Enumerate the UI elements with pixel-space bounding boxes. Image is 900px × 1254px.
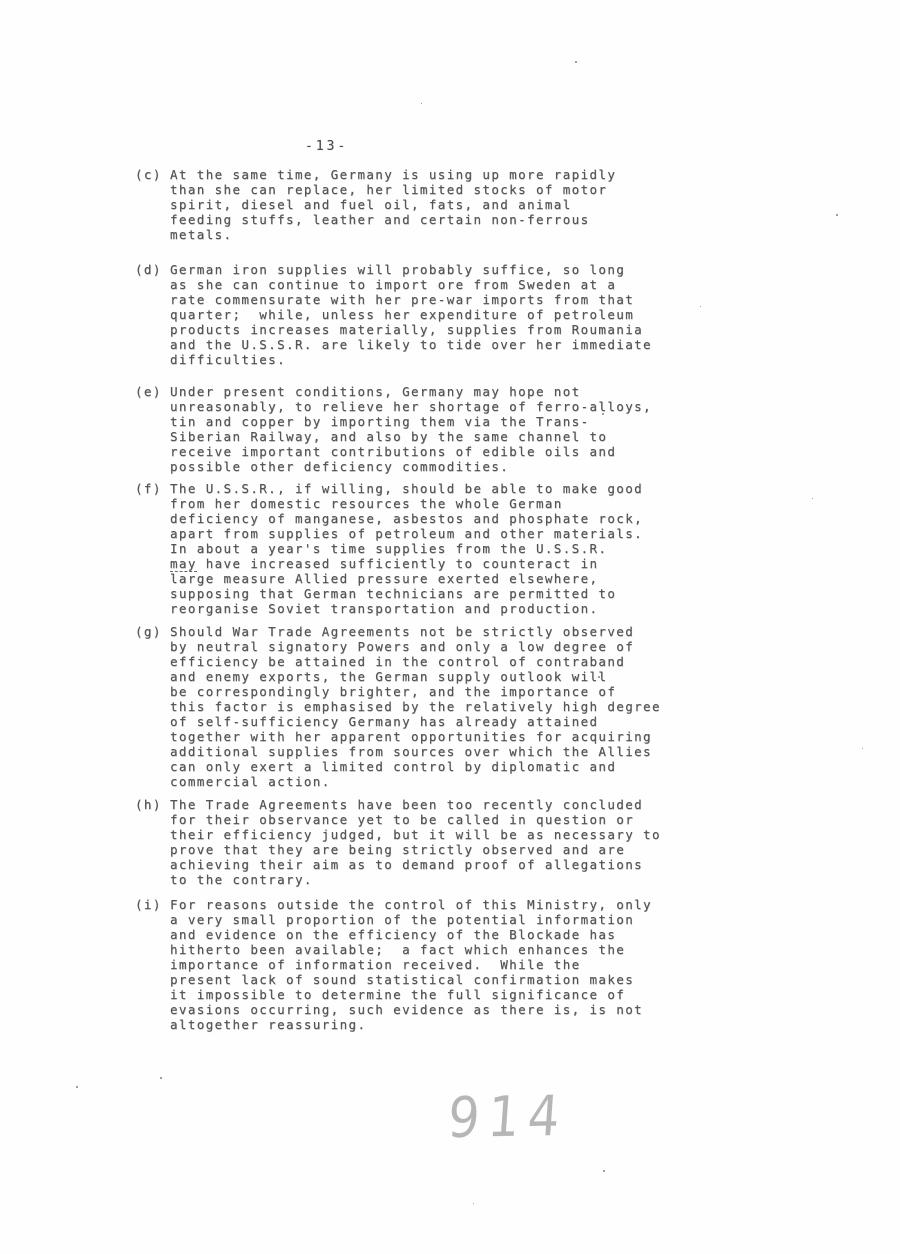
text-line: of self-sufficiency Germany has already … (170, 714, 695, 729)
text-line: by neutral signatory Powers and only a l… (170, 639, 695, 654)
text-line: for their observance yet to be called in… (170, 812, 695, 827)
text-line: importance of information received. Whil… (170, 957, 695, 972)
text-line: reorganise Soviet transportation and pro… (170, 601, 695, 616)
text-line: products increases materially, supplies … (170, 322, 695, 337)
scan-speck (160, 1077, 162, 1079)
scan-speck (575, 61, 577, 63)
text-line: Should War Trade Agreements not be stric… (170, 624, 695, 639)
paragraph-label: (d) (135, 262, 162, 277)
text-line: possible other deficiency commodities. (170, 459, 695, 474)
text-line: their efficiency judged, but it will be … (170, 827, 695, 842)
scan-speck (862, 748, 863, 749)
text-line: supposing that German technicians are pe… (170, 586, 695, 601)
page-number: -13- (305, 139, 348, 154)
paragraph-lines: German iron supplies will probably suffi… (170, 262, 695, 367)
text-line: together with her apparent opportunities… (170, 729, 695, 744)
text-line: large measure Allied pressure exerted el… (170, 571, 695, 586)
paragraph-label: (g) (135, 624, 162, 639)
text-line: than she can replace, her limited stocks… (170, 182, 695, 197)
text-line: and the U.S.S.R. are likely to tide over… (170, 337, 695, 352)
paragraph-label: (h) (135, 797, 162, 812)
scan-speck (602, 413, 604, 415)
scan-speck (598, 676, 600, 678)
text-line: feeding stuffs, leather and certain non-… (170, 212, 695, 227)
text-line: evasions occurring, such evidence as the… (170, 1002, 695, 1017)
scan-speck (585, 907, 586, 908)
text-line: Siberian Railway, and also by the same c… (170, 429, 695, 444)
text-line: spirit, diesel and fuel oil, fats, and a… (170, 197, 695, 212)
scan-speck (473, 1203, 474, 1204)
text-line: commercial action. (170, 774, 695, 789)
paragraph-lines: Under present conditions, Germany may ho… (170, 384, 695, 474)
text-line: For reasons outside the control of this … (170, 897, 695, 912)
document-page: -13- (c)At the same time, Germany is usi… (0, 0, 900, 1254)
scan-speck (836, 214, 838, 216)
paragraph-lines: For reasons outside the control of this … (170, 897, 695, 1032)
text-line: efficiency be attained in the control of… (170, 654, 695, 669)
text-line: hitherto been available; a fact which en… (170, 942, 695, 957)
text-line: rate commensurate with her pre-war impor… (170, 292, 695, 307)
text-line: altogether reassuring. (170, 1017, 695, 1032)
text-line: receive important contributions of edibl… (170, 444, 695, 459)
text-line: it impossible to determine the full sign… (170, 987, 695, 1002)
text-line: apart from supplies of petroleum and oth… (170, 526, 695, 541)
scan-speck (700, 306, 701, 307)
text-line: to the contrary. (170, 872, 695, 887)
scan-speck (603, 1170, 605, 1172)
text-line: from her domestic resources the whole Ge… (170, 496, 695, 511)
text-line: difficulties. (170, 352, 695, 367)
scan-speck (421, 103, 422, 104)
text-line: deficiency of manganese, asbestos and ph… (170, 511, 695, 526)
text-line: present lack of sound statistical confir… (170, 972, 695, 987)
text-line: In about a year's time supplies from the… (170, 541, 695, 556)
text-line: prove that they are being strictly obser… (170, 842, 695, 857)
paragraph-lines: Should War Trade Agreements not be stric… (170, 624, 695, 789)
text-line: and evidence on the efficiency of the Bl… (170, 927, 695, 942)
text-line: be correspondingly brighter, and the imp… (170, 684, 695, 699)
text-line: and enemy exports, the German supply out… (170, 669, 695, 684)
paragraph-lines: At the same time, Germany is using up mo… (170, 167, 695, 242)
text-line: this factor is emphasised by the relativ… (170, 699, 695, 714)
paragraph-label: (c) (135, 167, 162, 182)
text-line: metals. (170, 227, 695, 242)
text-line: tin and copper by importing them via the… (170, 414, 695, 429)
paragraph-label: (i) (135, 897, 162, 912)
handwritten-pencil-mark: 914 (446, 1083, 570, 1150)
text-line: additional supplies from sources over wh… (170, 744, 695, 759)
scan-speck (76, 1086, 78, 1088)
text-line: can only exert a limited control by dipl… (170, 759, 695, 774)
text-line: The Trade Agreements have been too recen… (170, 797, 695, 812)
scan-speck (812, 498, 813, 499)
text-line: The U.S.S.R., if willing, should be able… (170, 481, 695, 496)
text-line: as she can continue to import ore from S… (170, 277, 695, 292)
text-line: quarter; while, unless her expenditure o… (170, 307, 695, 322)
text-line: At the same time, Germany is using up mo… (170, 167, 695, 182)
text-line: a very small proportion of the potential… (170, 912, 695, 927)
text-line: unreasonably, to relieve her shortage of… (170, 399, 695, 414)
paragraph-lines: The U.S.S.R., if willing, should be able… (170, 481, 695, 616)
text-line: German iron supplies will probably suffi… (170, 262, 695, 277)
paragraph-lines: The Trade Agreements have been too recen… (170, 797, 695, 887)
text-line: achieving their aim as to demand proof o… (170, 857, 695, 872)
paragraph-label: (e) (135, 384, 162, 399)
text-line: may have increased sufficiently to count… (170, 556, 695, 571)
underlined-word: may (170, 556, 197, 572)
paragraph-label: (f) (135, 481, 162, 496)
text-line: Under present conditions, Germany may ho… (170, 384, 695, 399)
